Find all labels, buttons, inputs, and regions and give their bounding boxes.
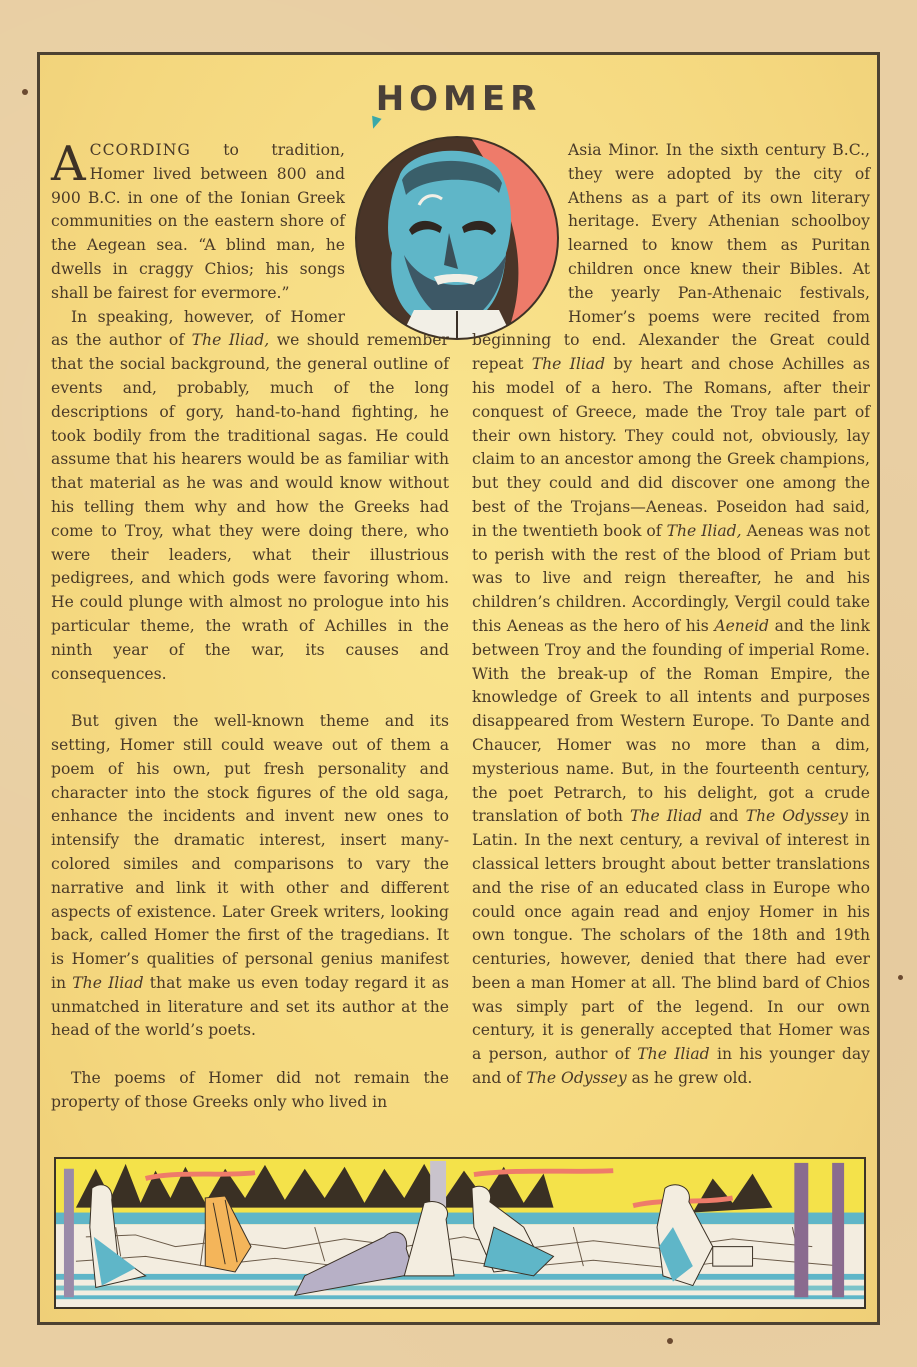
paragraph-2: In speaking, however, of Homer as the au… — [51, 306, 449, 687]
book-title: The Iliad, — [667, 522, 742, 540]
paragraph-text: and — [702, 807, 745, 825]
book-title: The Iliad — [532, 355, 605, 373]
paragraph-text: by heart and chose Achilles as his model… — [472, 355, 870, 540]
paragraph-text: as he grew old. — [627, 1069, 753, 1087]
print-mark-icon — [368, 116, 381, 131]
left-text-column: ACCORDING to tradition, Homer lived betw… — [51, 139, 449, 1115]
book-title: The Odyssey — [526, 1069, 626, 1087]
book-title: The Iliad — [72, 974, 143, 992]
book-title: Aeneid — [714, 617, 769, 635]
paragraph-text: But given the well-known theme and its s… — [51, 712, 449, 992]
book-title: The Iliad — [630, 807, 702, 825]
book-title: The Odyssey — [746, 807, 848, 825]
paper-blemish — [898, 975, 903, 980]
paragraph-4: The poems of Homer did not remain the pr… — [51, 1067, 449, 1115]
page-title: HOMER — [40, 79, 877, 119]
paragraph-text: we should remember that the social backg… — [51, 331, 449, 682]
greek-scene-illustration-icon — [54, 1157, 866, 1309]
book-title: The Iliad — [637, 1045, 709, 1063]
lead-in-smallcaps: CCORDING — [90, 141, 191, 159]
paragraph-text: in Latin. In the next century, a revival… — [472, 807, 870, 1063]
paper-blemish — [22, 89, 28, 95]
drop-cap: A — [51, 145, 86, 183]
article-panel: HOMER ACCORDING to tradition, Homer live… — [37, 52, 880, 1325]
right-text-column: Asia Minor. In the sixth century B.C., t… — [472, 139, 870, 1091]
paper-blemish — [667, 1338, 673, 1344]
paragraph-text: to tradition, Homer lived between 800 an… — [51, 141, 345, 302]
paragraph-3: But given the well-known theme and its s… — [51, 710, 449, 1043]
portrait-wrap-spacer — [472, 139, 568, 327]
portrait-wrap-spacer — [345, 139, 449, 327]
paragraph-text: and the link between Troy and the foundi… — [472, 617, 870, 825]
book-title: The Iliad, — [192, 331, 270, 349]
